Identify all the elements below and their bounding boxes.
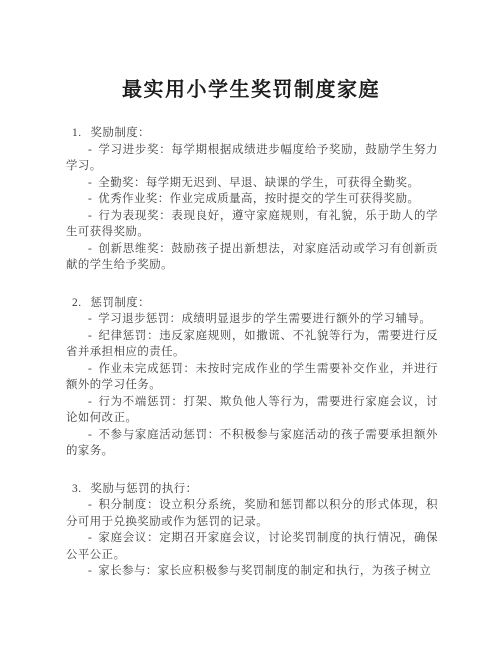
- list-item: -作业未完成惩罚：未按时完成作业的学生需要补交作业，并进行额外的学习任务。: [66, 361, 438, 394]
- list-item: -优秀作业奖：作业完成质量高，按时提交的学生可获得奖励。: [66, 191, 438, 208]
- item-text: 作业未完成惩罚：未按时完成作业的学生需要补交作业，并进行额外的学习任务。: [66, 363, 438, 392]
- list-item: -积分制度：设立积分系统，奖励和惩罚都以积分的形式体现，积分可用于兑换奖励或作为…: [66, 497, 438, 530]
- dash-bullet: -: [88, 177, 92, 189]
- dash-bullet: -: [88, 210, 92, 222]
- document-title: 最实用小学生奖罚制度家庭: [0, 0, 502, 104]
- dash-bullet: -: [88, 565, 92, 577]
- dash-bullet: -: [88, 499, 92, 511]
- section-heading: 2.惩罚制度：: [66, 295, 438, 312]
- item-text: 优秀作业奖：作业完成质量高，按时提交的学生可获得奖励。: [98, 193, 419, 205]
- dash-bullet: -: [88, 363, 92, 375]
- item-text: 学习进步奖：每学期根据成绩进步幅度给予奖励，鼓励学生努力学习。: [66, 144, 438, 173]
- document-body: 1.奖励制度： -学习进步奖：每学期根据成绩进步幅度给予奖励，鼓励学生努力学习。…: [66, 125, 438, 580]
- item-text: 行为表现奖：表现良好，遵守家庭规则，有礼貌，乐于助人的学生可获得奖励。: [66, 210, 438, 239]
- dash-bullet: -: [88, 313, 92, 325]
- list-item: -家长参与：家长应积极参与奖罚制度的制定和执行，为孩子树立: [66, 563, 438, 580]
- item-text: 学习退步惩罚：成绩明显退步的学生需要进行额外的学习辅导。: [98, 313, 431, 325]
- item-text: 行为不端惩罚：打架、欺负他人等行为，需要进行家庭会议，讨论如何改正。: [66, 396, 438, 425]
- section-heading-text: 奖励与惩罚的执行：: [91, 483, 198, 495]
- section-punishments: 2.惩罚制度： -学习退步惩罚：成绩明显退步的学生需要进行额外的学习辅导。 -纪…: [66, 295, 438, 460]
- list-item: -纪律惩罚：违反家庭规则，如撒谎、不礼貌等行为，需要进行反省并承担相应的责任。: [66, 328, 438, 361]
- section-heading: 1.奖励制度：: [66, 125, 438, 142]
- section-heading-text: 奖励制度：: [91, 127, 150, 139]
- list-item: -不参与家庭活动惩罚：不积极参与家庭活动的孩子需要承担额外的家务。: [66, 427, 438, 460]
- list-item: -学习进步奖：每学期根据成绩进步幅度给予奖励，鼓励学生努力学习。: [66, 142, 438, 175]
- list-item: -家庭会议：定期召开家庭会议，讨论奖罚制度的执行情况，确保公平公正。: [66, 530, 438, 563]
- document-page: 最实用小学生奖罚制度家庭 1.奖励制度： -学习进步奖：每学期根据成绩进步幅度给…: [0, 0, 502, 649]
- list-item: -行为不端惩罚：打架、欺负他人等行为，需要进行家庭会议，讨论如何改正。: [66, 394, 438, 427]
- list-item: -行为表现奖：表现良好，遵守家庭规则，有礼貌，乐于助人的学生可获得奖励。: [66, 208, 438, 241]
- list-item: -全勤奖：每学期无迟到、早退、缺课的学生，可获得全勤奖。: [66, 175, 438, 192]
- dash-bullet: -: [88, 396, 92, 408]
- item-text: 不参与家庭活动惩罚：不积极参与家庭活动的孩子需要承担额外的家务。: [66, 429, 438, 458]
- item-text: 纪律惩罚：违反家庭规则，如撒谎、不礼貌等行为，需要进行反省并承担相应的责任。: [66, 330, 438, 359]
- dash-bullet: -: [88, 330, 92, 342]
- dash-bullet: -: [88, 532, 92, 544]
- section-heading: 3.奖励与惩罚的执行：: [66, 481, 438, 498]
- item-text: 创新思维奖：鼓励孩子提出新想法，对家庭活动或学习有创新贡献的学生给予奖励。: [66, 243, 438, 272]
- list-item: -学习退步惩罚：成绩明显退步的学生需要进行额外的学习辅导。: [66, 311, 438, 328]
- item-text: 家庭会议：定期召开家庭会议，讨论奖罚制度的执行情况，确保公平公正。: [66, 532, 438, 561]
- item-text: 积分制度：设立积分系统，奖励和惩罚都以积分的形式体现，积分可用于兑换奖励或作为惩…: [66, 499, 438, 528]
- list-item: -创新思维奖：鼓励孩子提出新想法，对家庭活动或学习有创新贡献的学生给予奖励。: [66, 241, 438, 274]
- dash-bullet: -: [88, 243, 92, 255]
- section-heading-text: 惩罚制度：: [91, 297, 150, 309]
- item-text: 全勤奖：每学期无迟到、早退、缺课的学生，可获得全勤奖。: [98, 177, 419, 189]
- item-text: 家长参与：家长应积极参与奖罚制度的制定和执行，为孩子树立: [98, 565, 431, 577]
- section-rewards: 1.奖励制度： -学习进步奖：每学期根据成绩进步幅度给予奖励，鼓励学生努力学习。…: [66, 125, 438, 274]
- section-number: 1.: [72, 127, 82, 139]
- section-number: 2.: [72, 297, 82, 309]
- section-execution: 3.奖励与惩罚的执行： -积分制度：设立积分系统，奖励和惩罚都以积分的形式体现，…: [66, 481, 438, 580]
- section-number: 3.: [72, 483, 82, 495]
- dash-bullet: -: [88, 144, 92, 156]
- dash-bullet: -: [88, 429, 92, 441]
- dash-bullet: -: [88, 193, 92, 205]
